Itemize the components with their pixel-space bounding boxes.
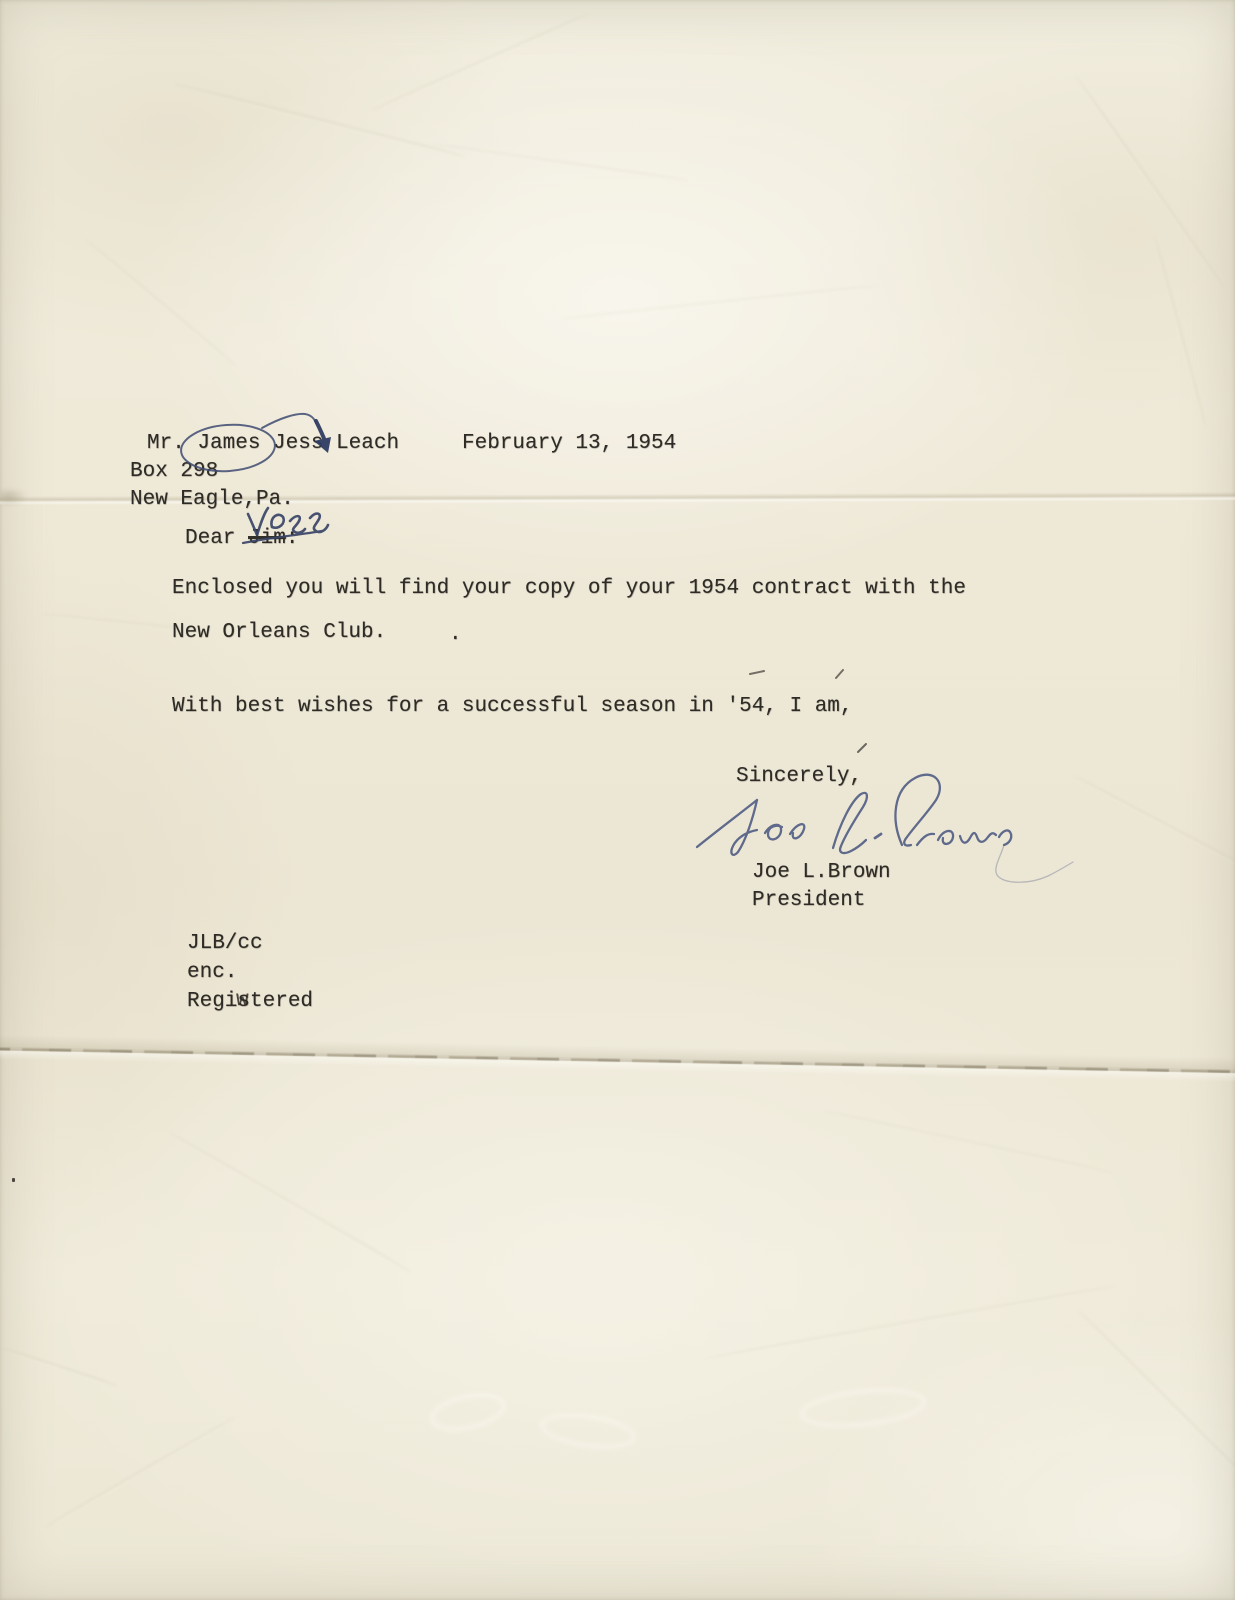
wrinkle (2, 1347, 118, 1389)
wrinkle (431, 142, 689, 183)
wrinkle (369, 11, 590, 113)
salutation-line: Dear Jim: (185, 528, 298, 550)
body-line-1: Enclosed you will find your copy of your… (172, 578, 966, 600)
address-line-1: Box 298 (130, 461, 218, 483)
wrinkle (43, 1415, 236, 1529)
wrinkle (561, 283, 880, 321)
overstrike-character: w (236, 990, 249, 1012)
stray-typed-period: . (449, 624, 462, 646)
salutation-dear: Dear (185, 527, 248, 550)
wrinkle (1076, 1309, 1235, 1496)
body-line-3: With best wishes for a successful season… (172, 696, 853, 718)
paper-speck (12, 1178, 15, 1182)
wrinkle (1152, 235, 1209, 429)
letter-paper: Mr. James Jess Leach February 13, 1954 B… (0, 0, 1235, 1600)
recipient-prefix: Mr. (147, 432, 197, 455)
registered-note: Registered (187, 991, 313, 1013)
recipient-first-name: James (197, 432, 260, 455)
wrinkle (1073, 774, 1235, 891)
wrinkle (82, 236, 238, 368)
embossed-impression (538, 1408, 638, 1453)
closing-line: Sincerely, (736, 766, 862, 788)
wrinkle (1073, 75, 1226, 291)
reference-initials: JLB/cc (187, 933, 263, 955)
embossed-impression (427, 1387, 508, 1436)
address-line-2: New Eagle,Pa. (130, 489, 294, 511)
salutation-colon: : (286, 527, 299, 550)
embossed-impression (798, 1384, 927, 1433)
recipient-rest-name: Jess Leach (260, 432, 399, 455)
wrinkle (168, 1130, 413, 1274)
struck-out-name: Jim (248, 527, 286, 550)
typed-signature-title: President (752, 890, 865, 912)
fold-edge-shadow (0, 488, 28, 506)
enclosure-note: enc. (187, 962, 237, 984)
ink-annotations-layer (0, 0, 1235, 1600)
wrinkle (174, 82, 466, 159)
recipient-name-line: Mr. James Jess Leach (147, 433, 399, 455)
fold-crease-lower (0, 1034, 1235, 1089)
typed-signature-name: Joe L.Brown (752, 862, 891, 884)
wrinkle (823, 1109, 1117, 1176)
body-line-2: New Orleans Club. (172, 622, 386, 644)
wrinkle (703, 1284, 1117, 1362)
letter-date: February 13, 1954 (462, 433, 676, 455)
